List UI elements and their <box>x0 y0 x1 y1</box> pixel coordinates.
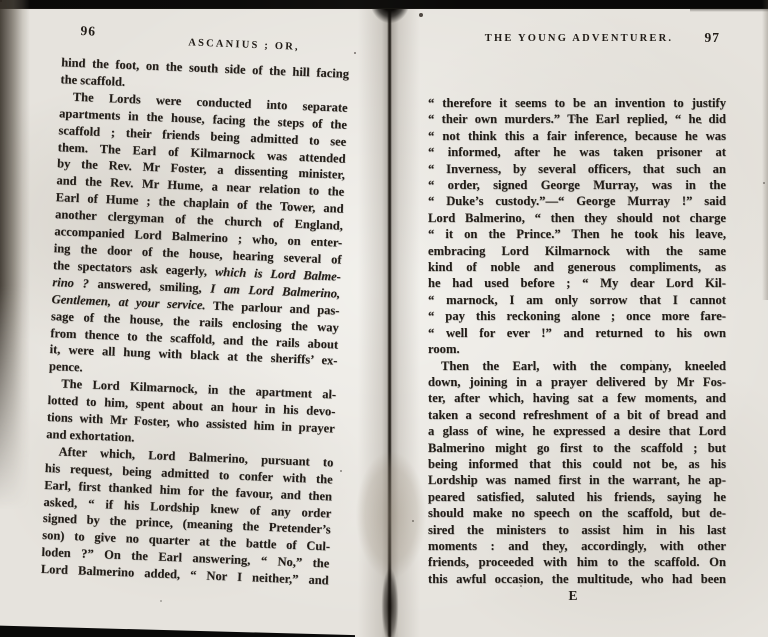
right-page: THE YOUNG ADVENTURER. 97 “ therefore it … <box>420 18 738 604</box>
text-line: ter, after which, having sat a few momen… <box>428 390 726 406</box>
text-line: Then the Earl, with the company, kneeled <box>428 358 726 374</box>
text-line: “ marnock, I am only sorrow that I canno… <box>428 292 726 308</box>
text-line: embracing Lord Kilmarnock with the same <box>428 243 726 259</box>
text-line: down, joining in a prayer delivered by M… <box>428 374 726 390</box>
book-spine-edge <box>0 0 30 520</box>
text-line: should make no speech on the scaffold, b… <box>428 505 726 521</box>
running-title: THE YOUNG ADVENTURER. <box>485 33 673 44</box>
text-line: room. <box>428 341 726 357</box>
text-line: Lordship was named first in the warrant,… <box>428 472 726 488</box>
right-page-header: THE YOUNG ADVENTURER. 97 <box>420 18 738 48</box>
text-line: “ therefore it seems to be an invention … <box>428 95 726 111</box>
text-line: friends, proceeded with him to the scaff… <box>428 554 726 570</box>
running-title: ASCANIUS ; OR, <box>188 37 300 52</box>
right-page-text: “ therefore it seems to be an invention … <box>428 95 726 587</box>
book-scan: 96 ASCANIUS ; OR, hind the foot, on the … <box>0 0 768 637</box>
text-line: Balmerino might go first to the scaffold… <box>428 440 726 456</box>
text-line: “ informed, after he was taken prisoner … <box>428 144 726 160</box>
left-page: 96 ASCANIUS ; OR, hind the foot, on the … <box>33 18 363 590</box>
text-line: “ pay this reckoning alone ; once more f… <box>428 308 726 324</box>
text-line: “ Inverness, by several officers, that s… <box>428 161 726 177</box>
scan-top-border <box>0 0 768 9</box>
scan-right-edge-shadow <box>762 0 768 300</box>
text-line: moments : and they, accordingly, with ot… <box>428 538 726 554</box>
text-line: “ their own murders.” The Earl replied, … <box>428 111 726 127</box>
text-line: “ Duke’s custody.”—“ George Murray !” sa… <box>428 193 726 209</box>
text-line: being informed that this could not be, a… <box>428 456 726 472</box>
page-number: 97 <box>705 30 721 46</box>
text-line: “ order, signed George Murray, was in th… <box>428 177 726 193</box>
text-line: “ not think this a fair inference, becau… <box>428 128 726 144</box>
text-line: kind of noble and generous compliments, … <box>428 259 726 275</box>
text-line: peared satisfied, saluted his friends, s… <box>428 489 726 505</box>
signature-mark: E <box>420 588 726 604</box>
text-line: “ it on the Prince.” Then he took his le… <box>428 226 726 242</box>
scan-bottom-border <box>0 610 355 637</box>
text-line: Lord Balmerino, “ then they should not c… <box>428 210 726 226</box>
dust-specks <box>0 0 2 2</box>
text-line: “ well for ever !” and returned to his o… <box>428 325 726 341</box>
text-line: a glass of wine, he expressed a desire t… <box>428 423 726 439</box>
text-line: taken a second refreshment of a bit of b… <box>428 407 726 423</box>
text-line: this awful occasion, the multitude, who … <box>428 571 726 587</box>
gutter-bottom-shadow <box>378 560 402 637</box>
left-page-text: hind the foot, on the south side of the … <box>41 54 350 589</box>
text-line: sired the ministers to assist him in his… <box>428 522 726 538</box>
left-page-header: 96 ASCANIUS ; OR, <box>54 18 363 60</box>
page-number: 96 <box>80 23 96 40</box>
text-line: he had used before ; “ My dear Lord Kil- <box>428 275 726 291</box>
